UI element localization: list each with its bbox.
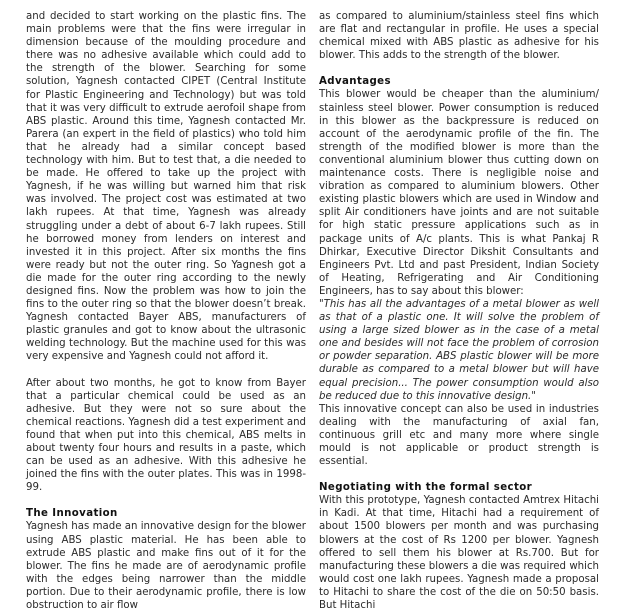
paragraph-advantages: This blower would be cheaper than the al… — [319, 88, 599, 298]
paragraph-innovation-cont: as compared to aluminium/stainless steel… — [319, 10, 599, 62]
paragraph-applications: This innovative concept can also be used… — [319, 403, 599, 468]
paragraph-development: and decided to start working on the plas… — [26, 10, 306, 364]
heading-negotiating: Negotiating with the formal sector — [319, 481, 599, 494]
heading-advantages: Advantages — [319, 75, 599, 88]
right-column: as compared to aluminium/stainless steel… — [319, 10, 599, 608]
paragraph-innovation: Yagnesh has made an innovative design fo… — [26, 520, 306, 608]
paragraph-adhesive: After about two months, he got to know f… — [26, 377, 306, 495]
heading-innovation: The Innovation — [26, 507, 306, 520]
paragraph-negotiating: With this prototype, Yagnesh contacted A… — [319, 494, 599, 608]
left-column: and decided to start working on the plas… — [26, 10, 306, 608]
quote-dhirkar: "This has all the advantages of a metal … — [319, 298, 599, 403]
